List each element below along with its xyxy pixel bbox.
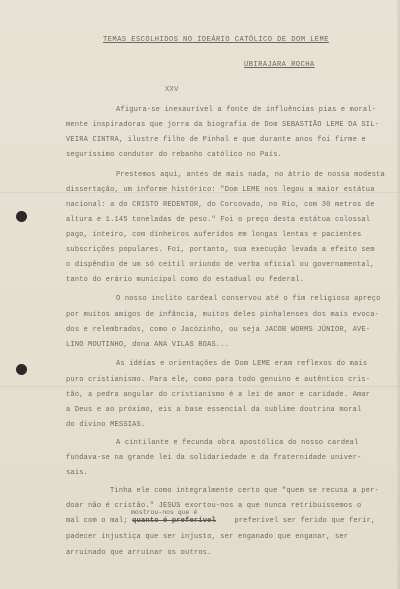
text-line: seguríssimo condutor do rebanho católico… — [66, 151, 282, 160]
text-line: fundava-se na grande lei da solidariedad… — [66, 454, 361, 463]
author-name: UBIRAJARA ROCHA — [244, 61, 315, 69]
text-line: nacional: a do CRISTO REDENTOR, do Corco… — [66, 201, 375, 210]
text-line: As idéias e orientações de Dom LEME eram… — [116, 360, 367, 369]
paper-fold-line — [0, 386, 400, 387]
text-line: VEIRA CINTRA, ilustre filho de Pinhal e … — [66, 136, 366, 145]
text-line: dos e relembrados, como o Jacózinho, ou … — [66, 326, 370, 335]
line-continuation: preferível ser ferido que ferir, — [234, 517, 375, 525]
text-line: arruinado que arruinar os outros. — [66, 549, 212, 558]
text-line: Tinha ele como integralmente certo que "… — [110, 487, 379, 496]
text-line: A cintilante e fecunda obra apostólica d… — [116, 439, 359, 448]
text-line: O nosso inclito cardeal conservou até o … — [116, 295, 381, 304]
text-line: Prestemos aqui, antes de mais nada, no á… — [116, 171, 385, 180]
text-line: tão, a pedra angular do cristianismo é a… — [66, 391, 370, 400]
text-line: puro cristianismo. Para ele, como para t… — [66, 376, 370, 385]
text-line: LINO MOUTINHO, dona ANA VILAS BOAS... — [66, 341, 229, 350]
text-line: altura e 1.145 toneladas de peso." Foi o… — [66, 216, 370, 225]
line-start: mal com o mal; — [66, 517, 128, 525]
text-line: sais. — [66, 469, 88, 478]
text-line: a Deus e ao próximo, eis a base essencia… — [66, 406, 361, 415]
chapter-number: XXV — [165, 86, 179, 94]
text-line: pago, inteiro, com dinheiros auferidos e… — [66, 231, 361, 240]
text-line: subscrições populares. Foi, portanto, su… — [66, 246, 375, 255]
punch-hole-bottom — [16, 364, 27, 375]
text-line: o dispêndio de um só ceitil oriundo de v… — [66, 261, 375, 270]
struck-out-text: quanto é preferível — [132, 517, 216, 525]
text-line: Afigura-se inexaurível a fonte de influê… — [116, 106, 376, 115]
punch-hole-top — [16, 211, 27, 222]
text-line: doar não é cristão." JESUS exortou-nos a… — [66, 502, 361, 511]
document-title: TEMAS ESCOLHIDOS NO IDEÁRIO CATÓLICO DE … — [103, 36, 329, 44]
text-line: mal com o mal; quanto é preferível prefe… — [66, 517, 375, 526]
text-line: por muitos amigos de infância, muitos de… — [66, 311, 379, 320]
handwritten-insertion: mostrou-nos que é — [131, 509, 197, 516]
text-line: tanto do erário municipal como do estadu… — [66, 276, 304, 285]
text-line: mente inspiradoras que jorra da biografi… — [66, 121, 379, 130]
page-edge-shadow — [396, 0, 400, 589]
text-line: padecer injustiça que ser injusto, ser e… — [66, 533, 348, 542]
text-line: dissertação, um informe histórico: "Dom … — [66, 186, 375, 195]
typewritten-page: TEMAS ESCOLHIDOS NO IDEÁRIO CATÓLICO DE … — [0, 0, 400, 589]
text-line: do divino MESSIAS. — [66, 421, 145, 430]
